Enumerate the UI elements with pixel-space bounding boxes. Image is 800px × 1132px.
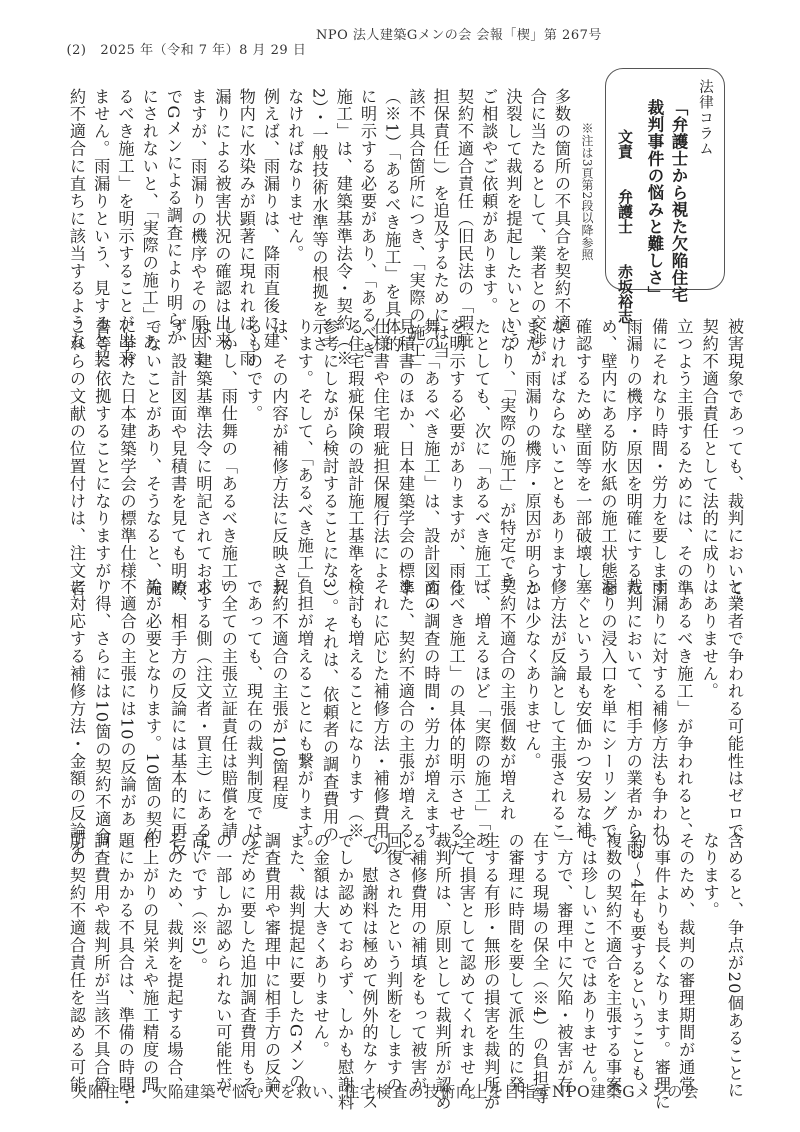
text-column: ば、増えるほど「実際の施工」「あ	[470, 578, 493, 849]
text-column: 仕様書や住宅瑕疵担保履行法によ	[369, 318, 392, 580]
text-column: るものです。	[242, 318, 265, 423]
text-column: でGメンによる調査により明らか	[162, 88, 185, 346]
page-number: (2)	[67, 43, 87, 58]
text-column: に対応する補修方法・金額の反論を	[65, 578, 88, 857]
text-column: 所の契約不適合責任を認める可能	[65, 832, 88, 1094]
text-column: 含めると、争点が20個あることに	[723, 832, 746, 1099]
text-column: 参考にしながら検討することにな	[318, 318, 341, 580]
text-column: 修方法が反論として主張されるこ	[546, 578, 569, 840]
text-column: 多数の箇所の不具合を契約不適	[550, 88, 573, 332]
text-column: 立つよう主張するためには、その準	[672, 318, 695, 597]
text-column: なります。	[699, 832, 722, 919]
text-column: でないことがあり、そうなると、先	[141, 318, 164, 597]
text-column: 舞の「あるべき施工」は、設計図面・	[419, 318, 442, 615]
text-column: めの調査の時間・労力が増えます。	[419, 578, 442, 857]
text-column: しかし、雨仕舞の「あるべき施工」	[217, 318, 240, 597]
text-column: は、建築基準法令に明記されておら	[192, 318, 215, 597]
text-column: 見積書のほか、日本建築学会の標準	[394, 318, 417, 597]
text-column: め、壁内にある防水紙の施工状態を	[596, 318, 619, 597]
text-column: と業者で争われる可能性はゼロで	[723, 578, 746, 840]
text-column: 論が必要となります。10箇の契約	[141, 578, 164, 845]
text-column: 約3～4年も要するということも、	[626, 832, 649, 1099]
text-band-1: 多数の箇所の不具合を契約不適合に当たるとして、業者との交渉が決裂して裁判を提起し…	[60, 88, 735, 298]
text-column: 契約不適合責任として法的に成り	[698, 318, 721, 580]
text-column: また、雨漏りの機序・原因が明らか	[521, 318, 544, 597]
text-column: 備にそれなり時間・労力を要します。	[647, 318, 670, 615]
text-column: 複数の契約不適合を主張する事案	[601, 832, 624, 1094]
text-column: を明示する必要がありますが、雨仕	[445, 318, 468, 597]
text-column: 求する側（注文者・買主）にあるた	[192, 578, 215, 857]
text-column: の金額は大きくありません。	[309, 832, 332, 1059]
text-column: 塞ぐという最も安価かつ安易な補	[571, 578, 594, 840]
text-column: 契約不適合の主張個数が増えれ	[495, 578, 518, 822]
text-column: るべき施工」の具体的明示させるた	[445, 578, 468, 857]
text-column: 被害現象であっても、裁判において、	[723, 318, 746, 615]
text-column: 漏りによる被害状況の確認は出来	[211, 88, 234, 350]
text-column: 調査費用や審理中に相手方の反論	[260, 832, 283, 1094]
text-column: 例えば、雨漏りは、降雨直後に建	[259, 88, 282, 350]
text-column: になり、「実際の施工」が特定でき	[495, 318, 518, 589]
text-column: ず、設計図面や見積書を見ても明瞭	[166, 318, 189, 597]
text-band-4: 含めると、争点が20個あることになります。そのため、裁判の審理期間が通常の事件よ…	[60, 832, 735, 1057]
text-column: はありません。	[698, 578, 721, 700]
text-column: る補修費用の補填をもって被害が	[406, 832, 429, 1094]
text-band-2: 被害現象であっても、裁判において、契約不適合責任として法的に成り立つよう主張する…	[60, 318, 735, 543]
text-column: でしか認めておらず、しかも慰謝料	[333, 832, 356, 1111]
text-column: 題にかかる不具合は、準備の時間・	[114, 832, 137, 1111]
text-column: ご相談やご依頼があります。	[477, 88, 500, 315]
text-column: 全て損害として認めてくれません。	[455, 832, 478, 1111]
text-column: 決裂して裁判を提起したいという	[502, 88, 525, 350]
text-column: の一部しか認められない可能性が	[211, 832, 234, 1094]
text-column: 生する有形・無形の損害を裁判所が	[479, 832, 502, 1111]
text-column: また、契約不適合の主張が増えると、	[394, 578, 417, 875]
text-column: 回復されたという判断をしますの	[382, 832, 405, 1094]
text-column: そのため、裁判を提起する場合、	[162, 832, 185, 1094]
text-column: 確認するため壁面等を一部破壊し	[571, 318, 594, 580]
text-column: それに応じた補修方法・補修費用の	[369, 578, 392, 857]
text-column: 書等に依拠することになりますが、	[90, 318, 113, 597]
text-column: たとしても、次に「あるべき施工」	[470, 318, 493, 597]
text-column: は、その内容が補修方法に反映され	[267, 318, 290, 597]
text-column: とは少なくありません。	[521, 578, 544, 770]
text-column: 雨漏りに対する補修方法も争われ、	[647, 578, 670, 857]
text-column: のために要した追加調査費用もそ	[236, 832, 259, 1094]
text-column: 契約不適合責任（旧民法の「瑕疵	[453, 88, 476, 350]
text-column: の事件よりも長くなります。審理に	[650, 832, 673, 1111]
publication-name: NPO 法人建築Gメンの会 会報「楔」第 267号	[316, 24, 602, 43]
text-column: 約不適合に直ちに該当するような	[65, 88, 88, 350]
text-column: また、裁判提起に要したGメンの	[284, 832, 307, 1090]
text-column: 裁判において、相手方の業者から雨	[622, 578, 645, 857]
text-column: なければなりません。	[283, 88, 306, 263]
text-column: 漏りの浸入口を単にシーリングで	[596, 578, 619, 840]
text-column: で、慰謝料は極めて例外的なケース	[357, 832, 380, 1111]
text-column: では珍しいことではありません。	[577, 832, 600, 1094]
text-column: なければならないこともあります。	[546, 318, 569, 597]
text-column: 在する現場の保全（※4）の負担等	[528, 832, 551, 1105]
text-column: 高いです（※5）。	[187, 832, 210, 975]
text-column: にされないと、「実際の施工」「あ	[138, 88, 161, 351]
text-column: 2）・一般技術水準等の根拠を示さ	[308, 88, 331, 353]
text-column: の全ての主張立証責任は賠償を請	[217, 578, 240, 840]
publication-date: 2025 年（令和 7 年）8 月 29 日	[100, 43, 306, 58]
text-column: ります。そして、「あるべき施工」	[293, 318, 316, 589]
issue-date: (2) 2025 年（令和 7 年）8 月 29 日	[48, 24, 306, 73]
text-column: 契約不適合の主張が10箇程度	[267, 578, 290, 811]
text-column: そのため、裁判の審理期間が通常	[674, 832, 697, 1094]
text-column: め、相手方の反論には基本的に再反	[166, 578, 189, 857]
text-column: 調査費用や裁判所が当該不具合箇	[89, 832, 112, 1094]
text-column: 一方で、審理中に欠陥・被害が存	[552, 832, 575, 1094]
text-column: 不適合の主張には10の反論があ	[116, 578, 139, 828]
page-header: (2) 2025 年（令和 7 年）8 月 29 日 NPO 法人建築Gメンの会…	[48, 24, 760, 44]
text-column: （※1）「あるべき施工」を具体的	[380, 88, 403, 353]
text-column: 負担が増えることにも繋がります。	[293, 578, 316, 857]
text-column: の審理に時間を要して派生的に発	[504, 832, 527, 1094]
text-column: に挙げた日本建築学会の標準仕様	[116, 318, 139, 580]
text-column: 検討も増えることになります（※	[343, 578, 366, 840]
text-column: る住宅瑕疵保険の設計施工基準を	[343, 318, 366, 580]
text-column: り得、さらには10箇の契約不適合	[90, 578, 113, 845]
text-column: これらの文献の位置付けは、注文者	[65, 318, 88, 597]
text-column: 雨漏りの機序・原因を明確にするた	[622, 318, 645, 597]
text-column: 裁判所は、原則として裁判所が認め	[431, 832, 454, 1111]
text-band-3: と業者で争われる可能性はゼロではありません。「あるべき施工」が争われると、雨漏り…	[60, 578, 735, 803]
page-footer-slogan: 欠陥住宅・欠陥建築で悩む人を救い、住宅検査の技術向上を目指すNPO建築Gメンの会	[72, 1080, 732, 1102]
text-column: であっても、現在の裁判制度ではそ	[242, 578, 265, 857]
text-column: 3）。それは、依頼者の調査費用の	[318, 578, 341, 843]
text-column: 「あるべき施工」が争われると、	[672, 578, 695, 840]
text-column: 仕上がりの見栄えや施工精度の問	[138, 832, 161, 1094]
